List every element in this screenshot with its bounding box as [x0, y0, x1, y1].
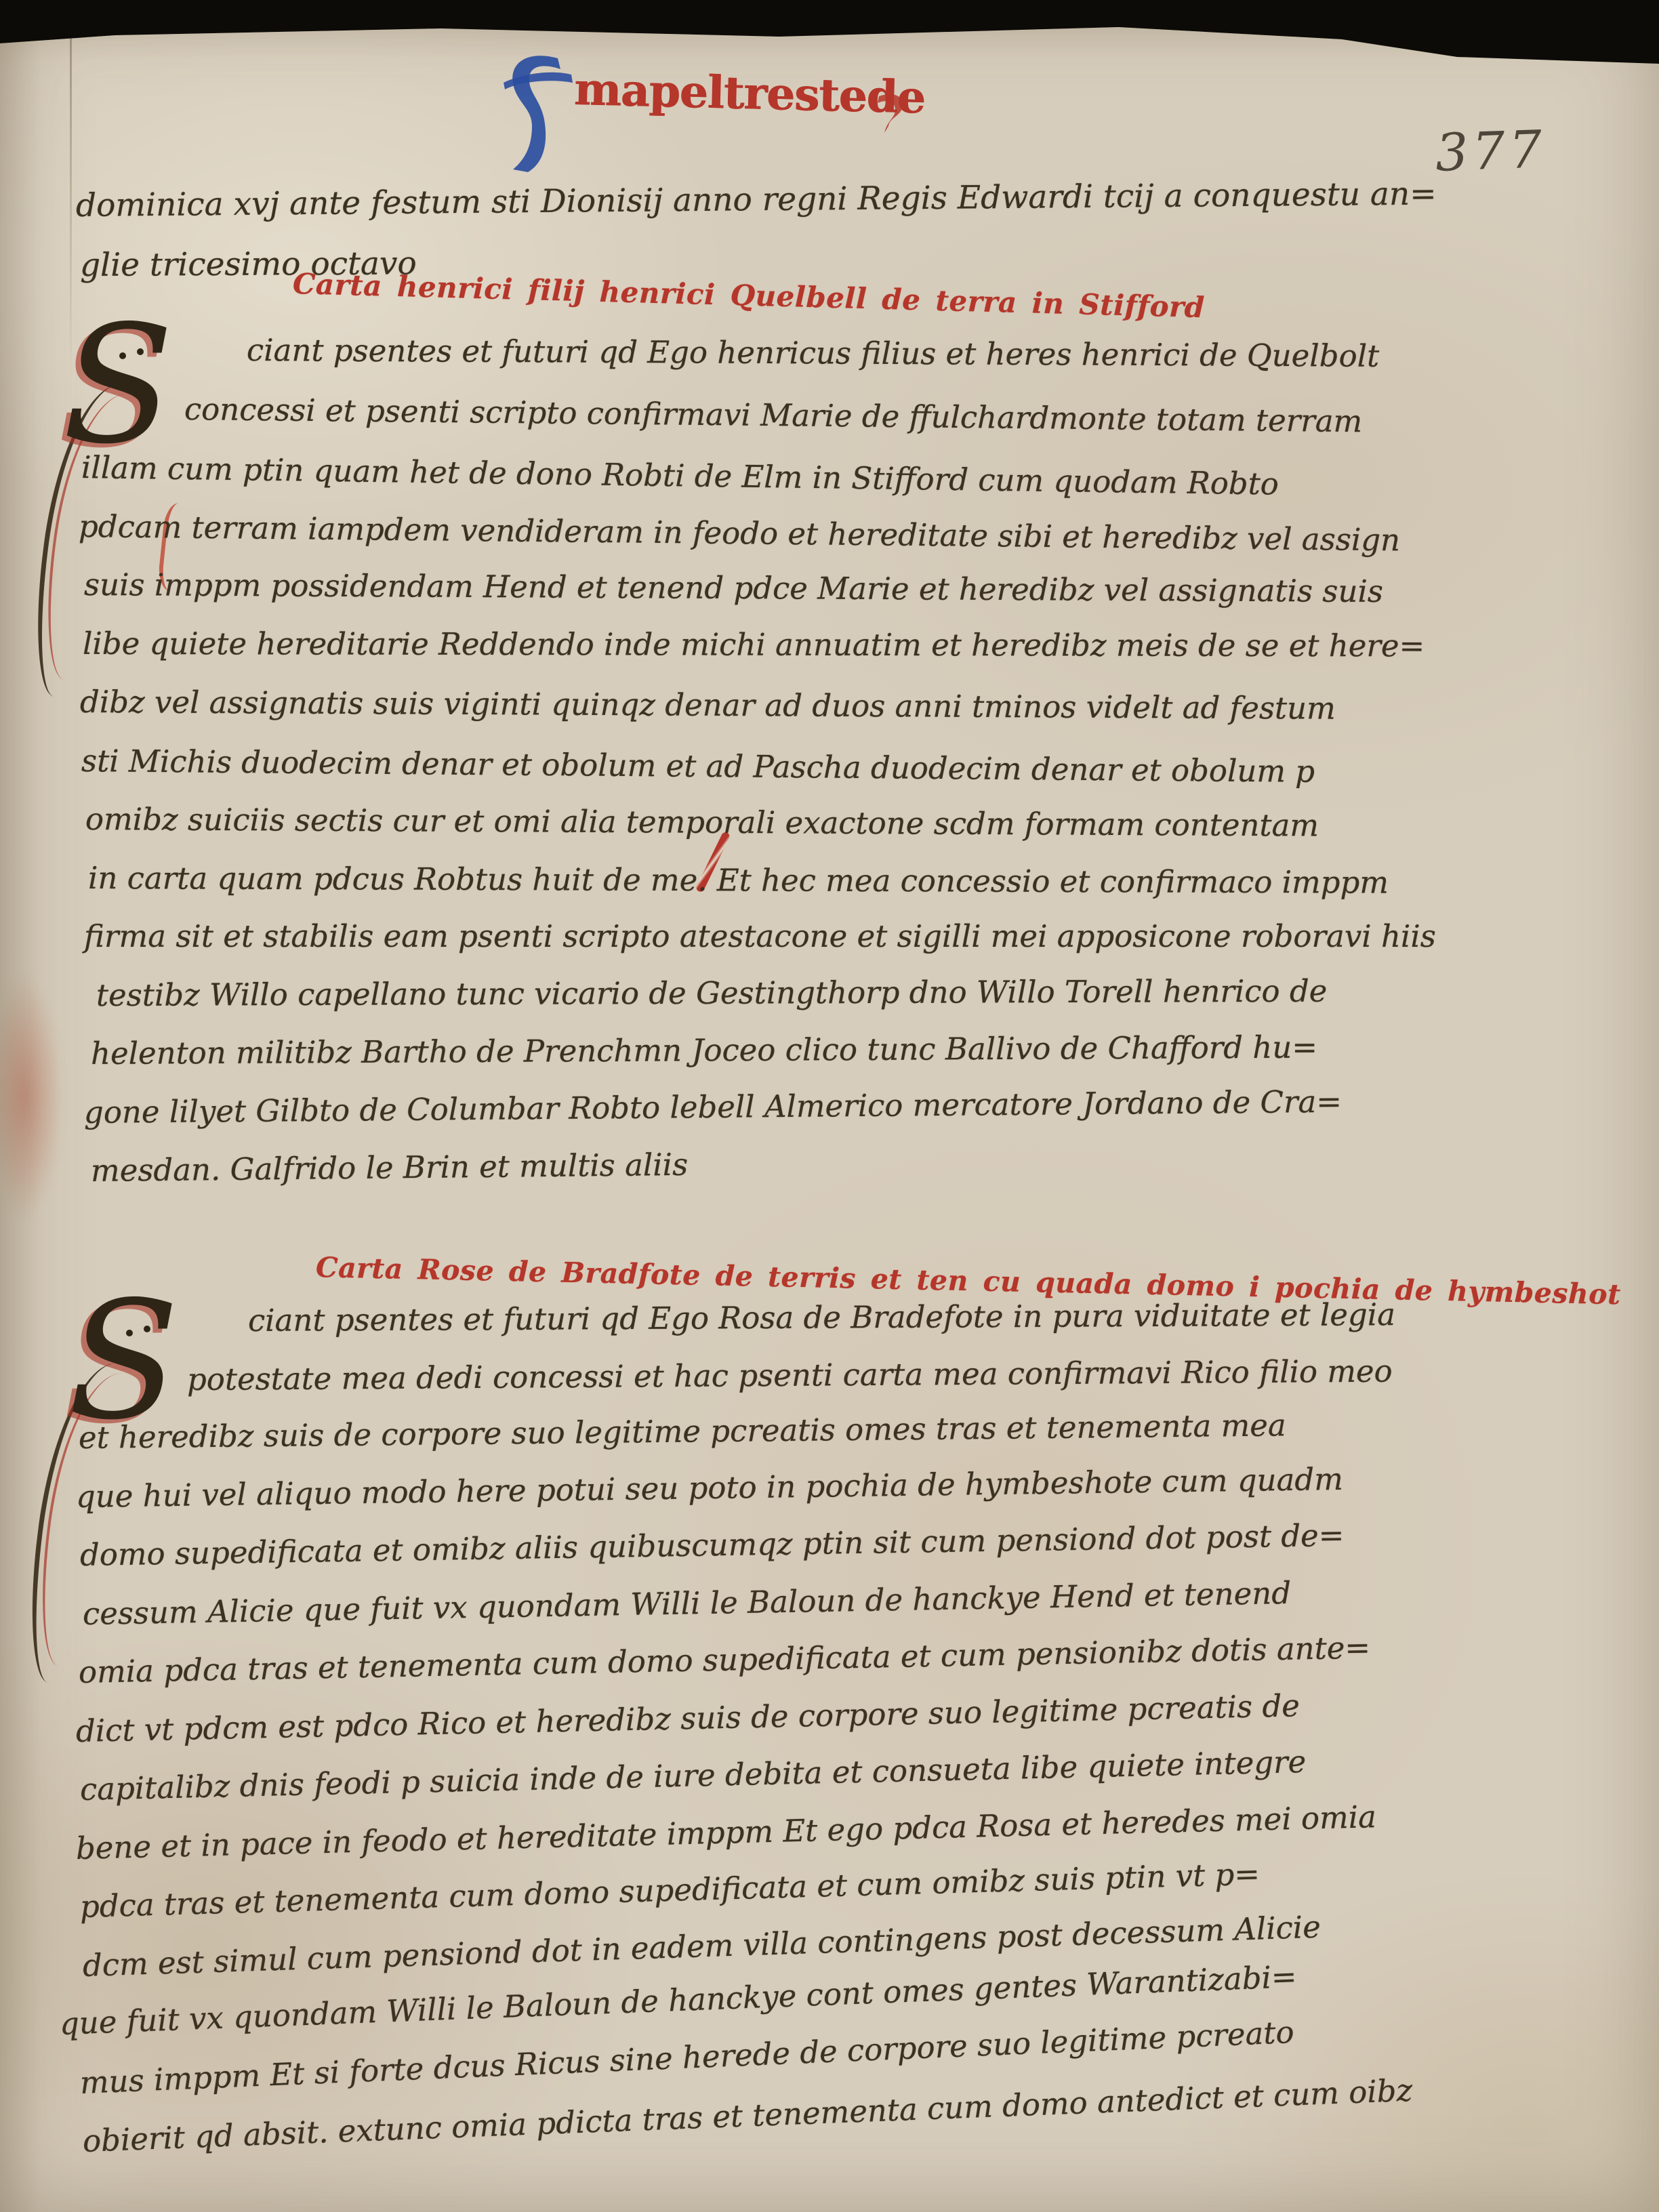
- text-line: libe quiete hereditarie Reddendo inde mi…: [83, 626, 1425, 663]
- text-line: sti Michis duodecim denar et obolum et a…: [81, 743, 1315, 790]
- text-line: omia pdca tras et tenementa cum domo sup…: [78, 1629, 1370, 1690]
- text-line: gone lilyet Gilbto de Columbar Robto leb…: [84, 1084, 1342, 1130]
- charter1-rubric: Carta henrici filij henrici Quelbell de …: [292, 267, 1205, 324]
- text-line: firma sit et stabilis eam psenti scripto…: [84, 918, 1436, 954]
- text-line: cessum Alicie que fuit vx quondam Willi …: [83, 1575, 1292, 1632]
- initial-doodle-eye: [137, 348, 144, 355]
- blue-paraph-icon: [493, 49, 581, 178]
- initial-doodle-eye: [126, 1330, 133, 1336]
- text-line: mesdan. Galfrido le Brin et multis aliis: [91, 1147, 689, 1189]
- archival-note: yapsn: [1455, 7, 1525, 38]
- text-line: illam cum ptin quam het de dono Robti de…: [81, 449, 1279, 502]
- initial-doodle-eye: [119, 352, 126, 359]
- text-line: que hui vel aliquo modo here potui seu p…: [76, 1461, 1344, 1515]
- page-number: 377: [1434, 119, 1547, 183]
- manuscript-photo: yapsn 377 mapeltrestede dominica xvj ant…: [0, 0, 1659, 2212]
- text-line: pdca tras et tenementa cum domo supedifi…: [79, 1856, 1260, 1925]
- text-line: helenton militibz Bartho de Prenchmn Joc…: [91, 1029, 1317, 1071]
- text-line: dict vt pdcm est pdco Rico et heredibz s…: [75, 1687, 1300, 1749]
- text-line: testibz Willo capellano tunc vicario de …: [96, 973, 1328, 1013]
- parchment-page: yapsn 377 mapeltrestede dominica xvj ant…: [0, 0, 1659, 2212]
- text-line: et heredibz suis de corpore suo legitime…: [79, 1407, 1286, 1456]
- initial-doodle-eye: [144, 1326, 150, 1332]
- text-line: ciant psentes et futuri qd Ego henricus …: [247, 332, 1379, 374]
- text-line: concessi et psenti scripto confirmavi Ma…: [184, 391, 1363, 439]
- text-line: dominica xvj ante festum sti Dionisij an…: [76, 175, 1437, 224]
- text-line: bene et in pace in feodo et hereditate i…: [75, 1799, 1376, 1866]
- heading-flourish-icon: [872, 88, 913, 136]
- margin-red-stain: [0, 975, 62, 1218]
- text-line: pdcam terram iampdem vendideram in feodo…: [79, 508, 1401, 558]
- text-line: capitalibz dnis feodi p suicia inde de i…: [79, 1744, 1306, 1807]
- text-line: omibz suiciis sectis cur et omi alia tem…: [85, 801, 1319, 844]
- initial-letter: S: [68, 1279, 179, 1442]
- text-line: ciant psentes et futuri qd Ego Rosa de B…: [248, 1296, 1395, 1338]
- text-line: potestate mea dedi concessi et hac psent…: [187, 1353, 1393, 1397]
- text-line: suis imppm possidendam Hend et tenend pd…: [84, 567, 1383, 609]
- text-line: dibz vel assignatis suis viginti quinqz …: [80, 684, 1336, 726]
- text-line: domo supedificata et omibz aliis quibusc…: [80, 1517, 1345, 1573]
- text-line: in carta quam pdcus Robtus huit de me. E…: [88, 860, 1389, 901]
- initial-letter: S: [62, 304, 173, 466]
